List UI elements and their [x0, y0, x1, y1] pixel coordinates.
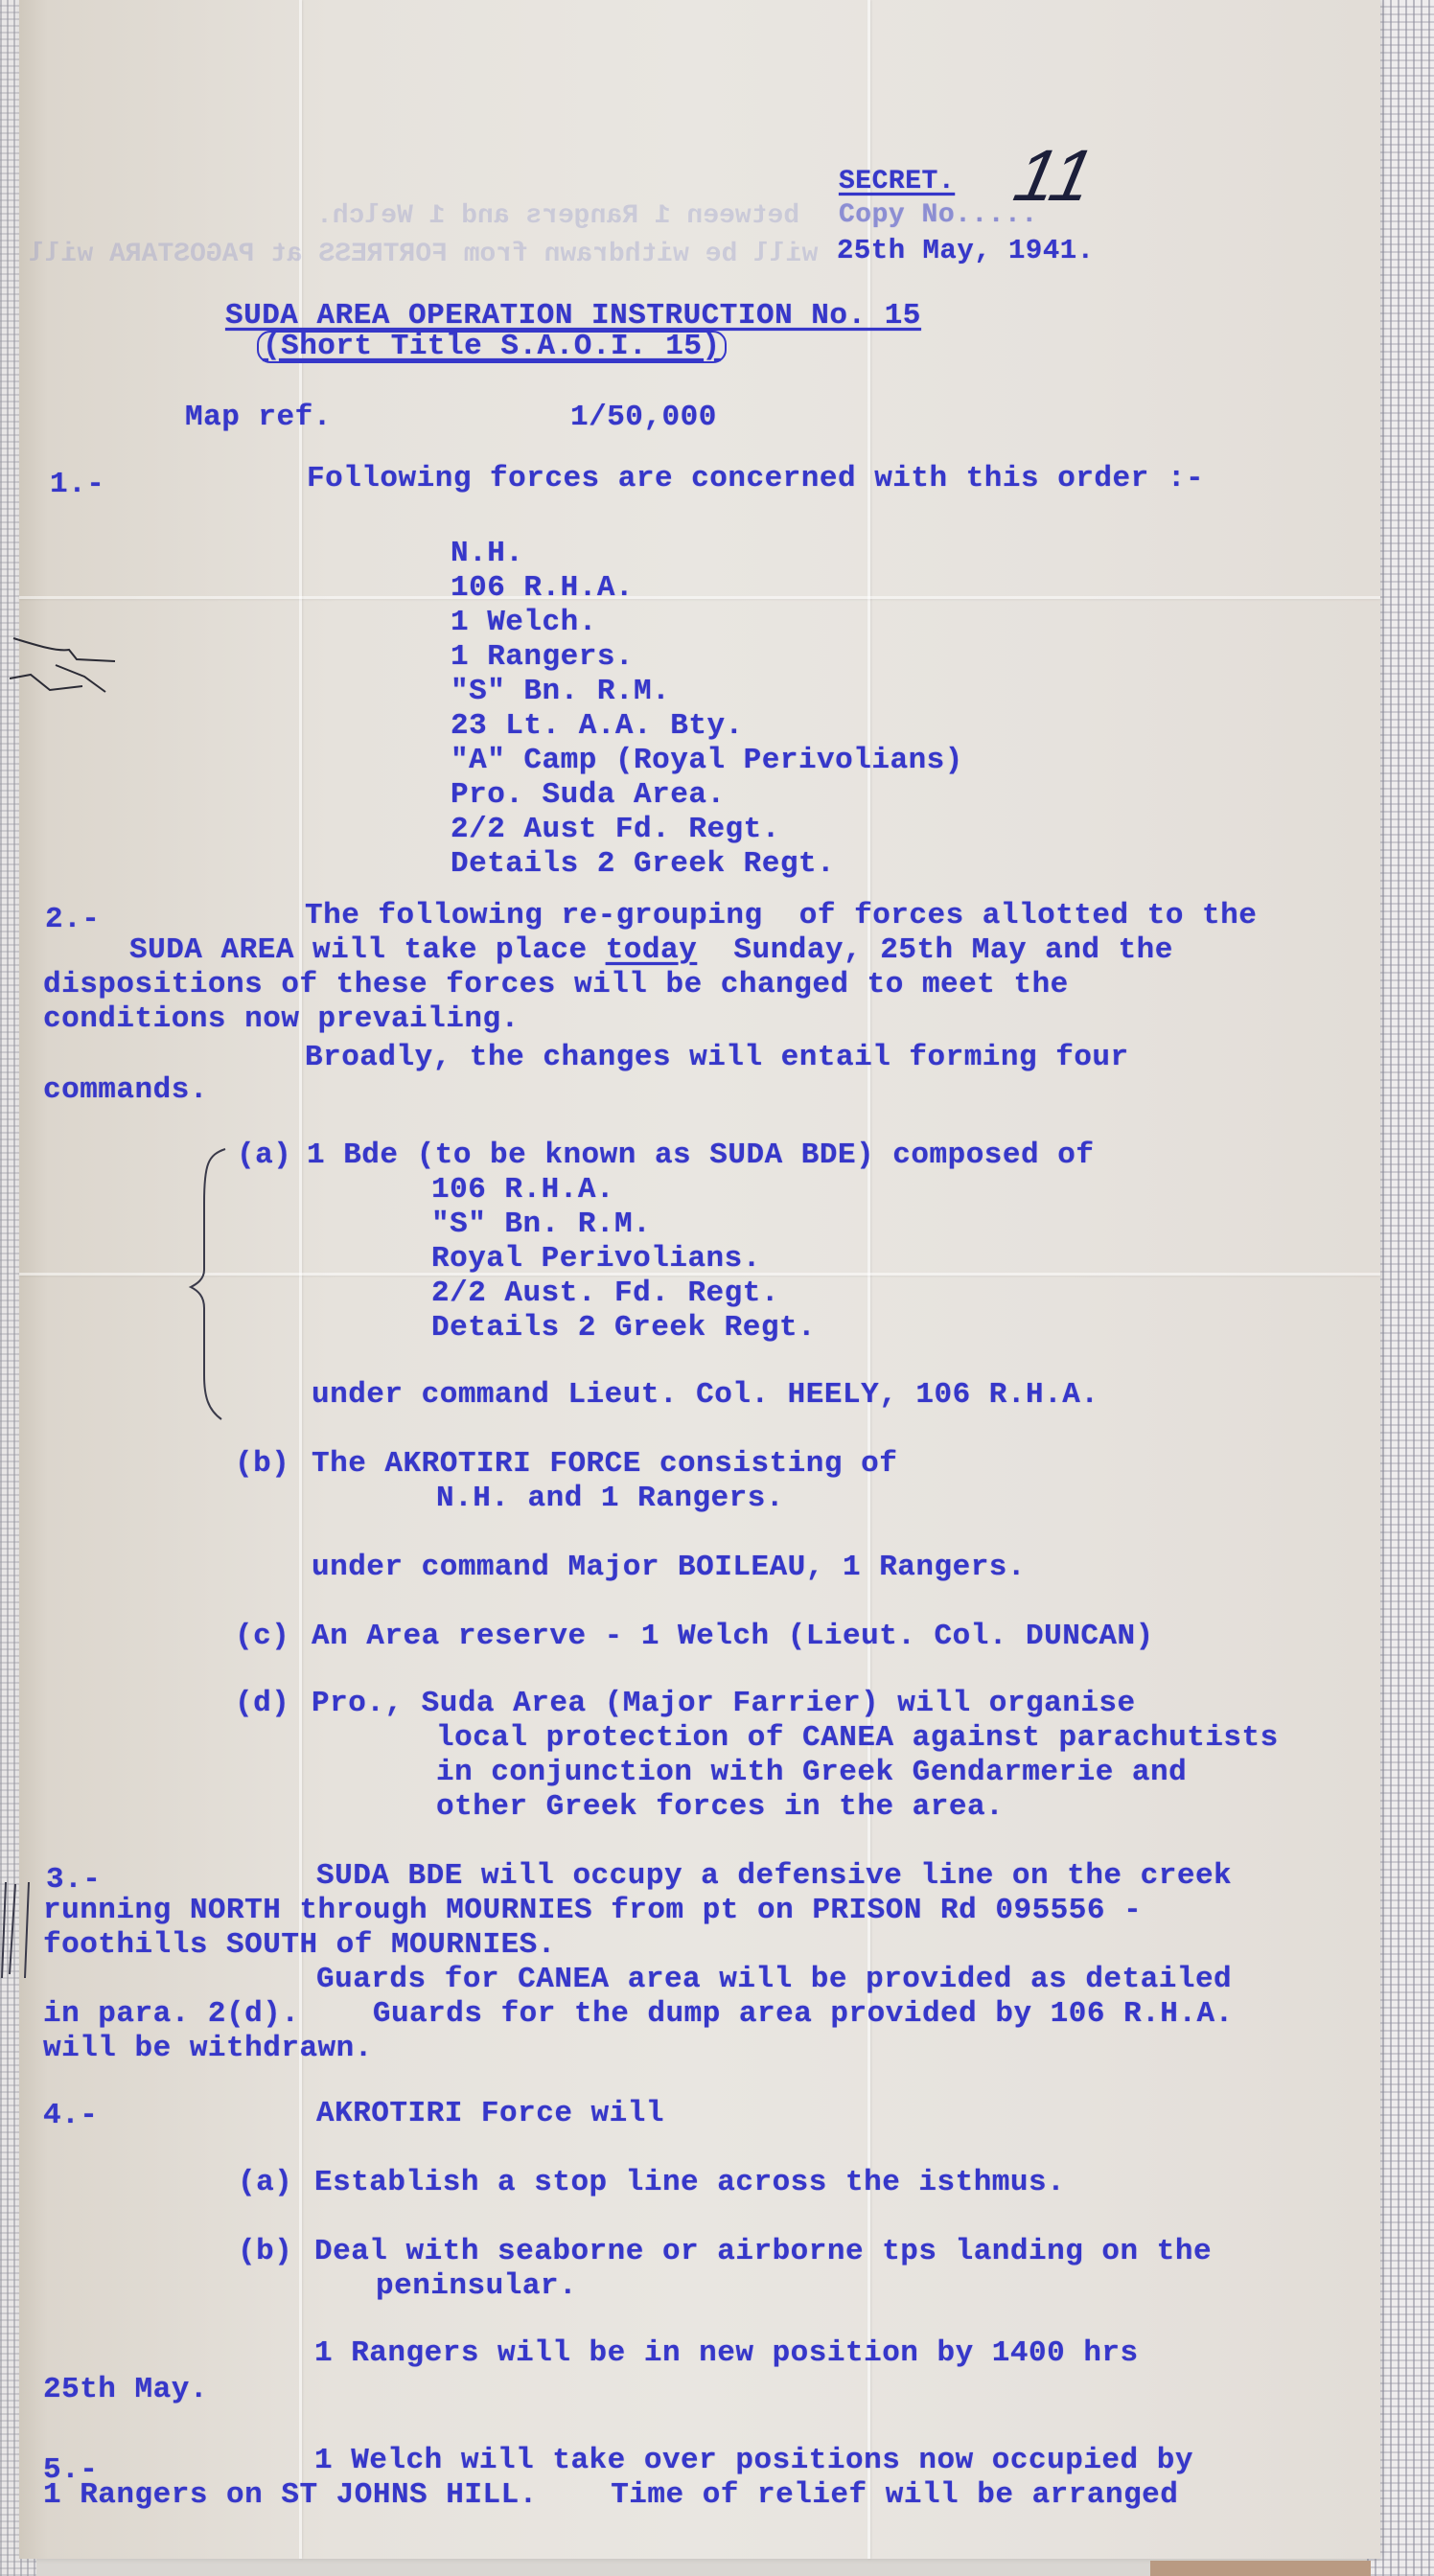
fold-crease [299, 0, 302, 2559]
para2b-units: N.H. and 1 Rangers. [436, 1482, 784, 1516]
para4a-text: Establish a stop line across the isthmus… [314, 2166, 1065, 2200]
para3-line: Guards for CANEA area will be provided a… [316, 1963, 1232, 1997]
para4b-line: Deal with seaborne or airborne tps landi… [314, 2235, 1212, 2269]
para4-note: 25th May. [43, 2373, 208, 2407]
para2-line: Broadly, the changes will entail forming… [305, 1041, 1129, 1075]
force-item: Details 2 Greek Regt. [451, 847, 835, 882]
para2-line: The following re-grouping of forces allo… [305, 899, 1257, 933]
document-title: SUDA AREA OPERATION INSTRUCTION No. 15 [225, 299, 921, 333]
sub-label: (a) [237, 1138, 291, 1173]
para2d-line: local protection of CANEA against parach… [436, 1721, 1279, 1756]
para-number: 1.- [50, 468, 104, 502]
sub-label: (d) [235, 1687, 289, 1721]
para2b-text: The AKROTIRI FORCE consisting of [312, 1447, 897, 1482]
document-short-title: (Short Title S.A.O.I. 15) [257, 331, 727, 363]
pencil-margin-lines [0, 1878, 38, 1984]
page-edge-shadow [1150, 2561, 1371, 2576]
para2-line: conditions now prevailing. [43, 1002, 520, 1037]
para2d-line: Pro., Suda Area (Major Farrier) will org… [312, 1687, 1136, 1721]
force-item: 1 Welch. [451, 606, 597, 640]
para3-line: SUDA BDE will occupy a defensive line on… [316, 1859, 1232, 1894]
para1-intro: Following forces are concerned with this… [307, 462, 1204, 496]
classification-stamp: SECRET. [839, 165, 955, 199]
para2a-text: 1 Bde (to be known as SUDA BDE) composed… [307, 1138, 1094, 1173]
para-number: 3.- [46, 1863, 101, 1897]
para2-line: dispositions of these forces will be cha… [43, 968, 1069, 1002]
force-item: "A" Camp (Royal Perivolians) [451, 744, 963, 778]
text-segment: SUDA AREA will take place [129, 933, 606, 967]
sub-label: (a) [238, 2166, 292, 2200]
text-segment: Sunday, 25th May and the [697, 933, 1173, 967]
force-item: 23 Lt. A.A. Bty. [451, 709, 744, 744]
para3-line: will be withdrawn. [43, 2032, 373, 2066]
para-number: 4.- [43, 2099, 98, 2133]
para5-line: 1 Welch will take over positions now occ… [314, 2444, 1193, 2478]
pencil-scribble [10, 632, 125, 709]
para3-line: running NORTH through MOURNIES from pt o… [43, 1894, 1142, 1928]
para-number: 2.- [45, 903, 100, 937]
para2b-command: under command Major BOILEAU, 1 Rangers. [312, 1551, 1026, 1585]
fold-crease [19, 596, 1380, 599]
map-ref-label: Map ref. [185, 401, 332, 435]
force-item: Pro. Suda Area. [451, 778, 726, 813]
pencil-bracket [187, 1145, 235, 1423]
para2d-line: in conjunction with Greek Gendarmerie an… [436, 1756, 1187, 1790]
force-item: "S" Bn. R.M. [451, 675, 670, 709]
para3-line: in para. 2(d). Guards for the dump area … [43, 1997, 1234, 2032]
force-item: 1 Rangers. [451, 640, 634, 675]
para2a-command: under command Lieut. Col. HEELY, 106 R.H… [312, 1378, 1099, 1413]
map-ref-value: 1/50,000 [570, 401, 717, 435]
para2a-unit: Details 2 Greek Regt. [431, 1311, 816, 1345]
document-date: 25th May, 1941. [837, 234, 1095, 268]
sub-label: (b) [235, 1447, 289, 1482]
bleed-through-text: between 1 Rangers and 1 Welch. [316, 201, 799, 231]
para4-intro: AKROTIRI Force will [316, 2097, 664, 2131]
para2c-text: An Area reserve - 1 Welch (Lieut. Col. D… [312, 1620, 1154, 1654]
para2a-unit: Royal Perivolians. [431, 1242, 761, 1276]
para2a-unit: "S" Bn. R.M. [431, 1207, 651, 1242]
sub-label: (c) [235, 1620, 289, 1654]
underlined-word-today: today [606, 933, 698, 967]
para2-line: commands. [43, 1073, 208, 1108]
force-item: 2/2 Aust Fd. Regt. [451, 813, 780, 847]
para2a-unit: 2/2 Aust. Fd. Regt. [431, 1276, 779, 1311]
para2a-unit: 106 R.H.A. [431, 1173, 614, 1207]
para2d-line: other Greek forces in the area. [436, 1790, 1004, 1825]
para5-line: 1 Rangers on ST JOHNS HILL. Time of reli… [43, 2478, 1178, 2513]
para2-line: SUDA AREA will take place today Sunday, … [129, 933, 1173, 968]
para4-note: 1 Rangers will be in new position by 140… [314, 2336, 1139, 2371]
bleed-through-text: will be withdrawn from FORTRESS at PAGOS… [29, 240, 818, 269]
para4b-line: peninsular. [376, 2269, 577, 2304]
force-item: N.H. [451, 537, 523, 571]
sub-label: (b) [238, 2235, 292, 2269]
force-item: 106 R.H.A. [451, 571, 634, 606]
para3-line: foothills SOUTH of MOURNIES. [43, 1928, 556, 1963]
